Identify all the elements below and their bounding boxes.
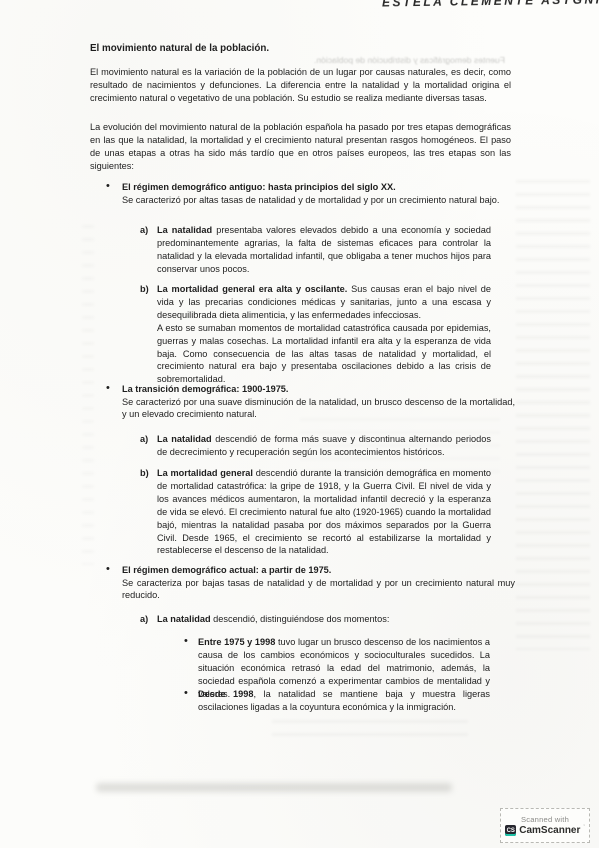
- intro-paragraph-2: La evolución del movimiento natural de l…: [90, 121, 511, 173]
- badge-brand-row: CS CamScanner ’: [505, 825, 584, 836]
- list-item: a) La natalidad descendió de forma más s…: [140, 433, 491, 459]
- item-text: La mortalidad general descendió durante …: [157, 467, 491, 557]
- list-item: b) La mortalidad general descendió duran…: [140, 467, 491, 557]
- item-bold-lead: La natalidad: [157, 225, 212, 235]
- item-body-text-2: A esto se sumaban momentos de mortalidad…: [157, 322, 491, 387]
- bullet-icon: [184, 635, 188, 648]
- item-bold-lead: La natalidad: [157, 614, 211, 624]
- item-label: a): [140, 224, 148, 237]
- handwritten-name: ESTELA CLEMENTE ASTGNILLA: [382, 0, 597, 10]
- camscanner-logo-icon: CS: [505, 825, 516, 836]
- camscanner-badge: Scanned with CS CamScanner ’: [500, 808, 590, 843]
- item-bold-lead: La mortalidad general era alta y oscilan…: [157, 284, 347, 294]
- document-title: El movimiento natural de la población.: [90, 43, 520, 54]
- item-text: La natalidad descendió, distinguiéndose …: [157, 613, 491, 626]
- section-subheading-text: Se caracteriza por bajas tasas de natali…: [122, 577, 515, 602]
- bullet-icon: [184, 687, 188, 700]
- list-item: a) La natalidad descendió, distinguiéndo…: [140, 613, 491, 626]
- intro-paragraph-1: El movimiento natural es la variación de…: [90, 66, 511, 105]
- item-label: b): [140, 467, 149, 480]
- item-text: La natalidad descendió de forma más suav…: [157, 433, 491, 459]
- section-actual-heading: El régimen demográfico actual: a partir …: [122, 564, 515, 602]
- item-bold-lead: La mortalidad general: [157, 468, 253, 478]
- scanned-page: Fuentes demográficas y distribución de p…: [0, 0, 599, 848]
- scan-smudge: [96, 783, 452, 792]
- item-bold-lead: La natalidad: [157, 434, 212, 444]
- section-subheading-text: Se caracterizó por una suave disminución…: [122, 396, 515, 421]
- list-item: a) La natalidad presentaba valores eleva…: [140, 224, 491, 276]
- item-body-text: descendió durante la transición demográf…: [157, 468, 491, 555]
- item-text: La natalidad presentaba valores elevados…: [157, 224, 491, 276]
- badge-scanned-with-label: Scanned with: [521, 815, 569, 824]
- item-label: a): [140, 613, 148, 626]
- section-transicion-heading: La transición demográfica: 1900-1975. Se…: [122, 383, 515, 421]
- bleedthrough-ghost-bottom: [272, 720, 468, 746]
- section-heading-text: La transición demográfica: 1900-1975.: [122, 383, 515, 396]
- section-antiguo-heading: El régimen demográfico antiguo: hasta pr…: [122, 181, 515, 206]
- badge-brand-name: CamScanner: [519, 825, 580, 836]
- section-subheading-text: Se caracterizó por altas tasas de natali…: [122, 194, 515, 207]
- bleedthrough-text: Fuentes demográficas y distribución de p…: [295, 55, 505, 65]
- sub-list-item: Desde 1998, la natalidad se mantiene baj…: [198, 688, 490, 714]
- item-body-text: descendió, distinguiéndose dos momentos:: [211, 614, 390, 624]
- item-bold-lead: Entre 1975 y 1998: [198, 637, 275, 647]
- section-heading-text: El régimen demográfico actual: a partir …: [122, 564, 515, 577]
- bleedthrough-ghost-right: [516, 180, 590, 650]
- list-item: b) La mortalidad general era alta y osci…: [140, 283, 491, 386]
- section-heading-text: El régimen demográfico antiguo: hasta pr…: [122, 181, 515, 194]
- item-bold-lead: Desde 1998: [198, 689, 254, 699]
- bleedthrough-ghost-left: [82, 225, 94, 565]
- bullet-icon: [106, 180, 110, 193]
- item-label: a): [140, 433, 148, 446]
- item-text: La mortalidad general era alta y oscilan…: [157, 283, 491, 386]
- item-text: Desde 1998, la natalidad se mantiene baj…: [198, 688, 490, 714]
- item-label: b): [140, 283, 149, 296]
- bullet-icon: [106, 563, 110, 576]
- bullet-icon: [106, 382, 110, 395]
- badge-trademark-mark: ’: [583, 825, 584, 831]
